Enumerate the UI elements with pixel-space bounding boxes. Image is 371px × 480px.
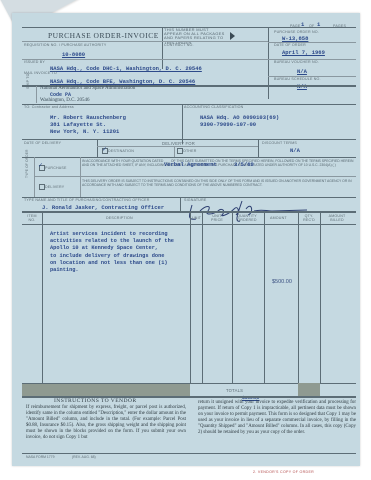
column-divider xyxy=(42,211,43,383)
divider xyxy=(258,139,259,157)
other-label: OTHER xyxy=(183,149,197,153)
ship-to-line: National Aeronautics and Space Administr… xyxy=(40,86,135,91)
divider xyxy=(22,453,356,454)
discount-terms: N/A xyxy=(290,147,300,154)
totals-shaded-area xyxy=(22,383,190,396)
divider xyxy=(34,176,356,177)
mail-invoice-to: NASA Hdq., Code BFE, Washington, D. C. 2… xyxy=(50,78,195,85)
column-divider xyxy=(202,211,203,383)
divider xyxy=(22,211,356,213)
item-description: Artist services incident to recording ac… xyxy=(50,231,174,274)
totals-shaded-area xyxy=(298,383,320,396)
requisition-number: 10-8080 xyxy=(62,51,85,58)
divider xyxy=(268,27,269,99)
column-header-description: DESCRIPTION xyxy=(106,216,133,220)
divider xyxy=(174,146,175,157)
accounting-line1: NASA Hdq. AO 8090103(69) xyxy=(200,114,279,121)
issued-by: NASA Hdq., Code DHC-1, Washington, D. C.… xyxy=(50,65,202,72)
column-header-amount-billed: AMOUNT BILLED xyxy=(322,214,352,222)
bureau-schedule-label: BUREAU SCHEDULE NO. xyxy=(274,77,321,81)
divider xyxy=(22,27,356,28)
date-of-delivery-label: DATE OF DELIVERY xyxy=(24,141,61,145)
requisition-label: REQUISITION NO. / PURCHASE AUTHORITY xyxy=(24,43,106,47)
divider xyxy=(97,146,258,147)
column-header-qty-recd: QTY. REC'D xyxy=(300,214,318,222)
divider xyxy=(36,86,37,103)
discount-terms-label: DISCOUNT TERMS xyxy=(262,141,297,145)
instructions-right-column: return it unsigned with your invoice to … xyxy=(198,400,356,436)
ship-to-line: Washington, D.C. 20546 xyxy=(40,98,89,103)
divider xyxy=(34,157,35,197)
divider xyxy=(22,139,356,140)
bureau-voucher: N/A xyxy=(297,68,307,75)
item-amount: $500.00 xyxy=(272,279,292,285)
issued-by-label: ISSUED BY xyxy=(24,60,45,64)
column-header-item-no: ITEM NO. xyxy=(25,214,39,222)
vendor-copy-label: 2. VENDOR'S COPY OF ORDER xyxy=(253,470,314,474)
ship-to-label: SHIP TO xyxy=(26,73,30,89)
contracting-officer-label: TYPE NAME AND TITLE OF PURCHASING/CONTRA… xyxy=(24,198,150,202)
contractor-address-label: TO: Contractor and Address xyxy=(24,105,74,109)
vendor-name: Mr. Robert Rauschenberg xyxy=(50,114,126,121)
form-title: PURCHASE ORDER-INVOICE xyxy=(48,31,159,40)
divider xyxy=(180,197,181,211)
destination-label: DESTINATION xyxy=(108,149,134,153)
date-of-order-label: DATE OF ORDER xyxy=(274,43,306,47)
divider xyxy=(97,139,98,157)
checkmark-icon: ✓ xyxy=(38,162,43,169)
column-header-quantity: QUANTITY ORDERED xyxy=(234,214,260,222)
form-revision: (REV. AUG. 68) xyxy=(72,455,96,459)
accounting-classification-label: ACCOUNTING CLASSIFICATION xyxy=(184,105,243,109)
column-divider xyxy=(190,211,191,383)
purchase-terms-text: IN ACCORDANCE WITH YOUR QUOTATION DATED … xyxy=(82,159,354,167)
delivery-terms-text: THIS DELIVERY ORDER IS SUBJECT TO INSTRU… xyxy=(82,179,354,187)
purchase-order-number: W-13,858 xyxy=(282,35,308,42)
purchase-order-form: PURCHASE ORDER-INVOICE THIS NUMBER MUST … xyxy=(12,13,360,466)
bureau-voucher-label: BUREAU VOUCHER NO. xyxy=(274,60,319,64)
contract-label: CONTRACT NO. xyxy=(164,43,194,47)
vendor-address-line1: 381 Lafayette St. xyxy=(50,121,106,128)
divider xyxy=(22,41,268,42)
column-divider xyxy=(320,211,321,383)
contracting-officer-name: J. Ronald Jasker, Contracting Officer xyxy=(42,204,164,211)
instructions-title: INSTRUCTIONS TO VENDOR xyxy=(54,398,136,404)
arrow-pointer-icon xyxy=(230,32,235,40)
column-divider xyxy=(264,211,265,383)
divider xyxy=(162,27,163,69)
divider xyxy=(80,157,81,197)
vendor-address-line2: New York, N. Y. 11201 xyxy=(50,128,119,135)
totals-label: TOTALS xyxy=(226,388,243,393)
delivery-label: DELIVERY xyxy=(45,185,64,189)
purchase-order-label: PURCHASE ORDER NO. xyxy=(274,30,319,34)
type-of-order-label: TYPE OF ORDER xyxy=(25,149,29,178)
divider xyxy=(182,104,183,144)
quotation-reference: Verbal Agreement xyxy=(164,161,217,168)
purchase-label: PURCHASE xyxy=(45,166,67,170)
column-divider xyxy=(232,211,233,383)
column-header-unit: UNIT xyxy=(192,216,201,220)
column-header-unit-price: UNIT PRICE xyxy=(206,214,228,222)
divider xyxy=(22,157,356,158)
column-header-amount: AMOUNT xyxy=(270,216,287,220)
form-number: NASA FORM 1779 xyxy=(26,455,54,459)
divider xyxy=(22,224,356,225)
checkmark-icon: ✓ xyxy=(102,146,107,153)
accounting-line2: 9300-79090-107-00 xyxy=(200,121,256,128)
date-of-order: April 7, 1969 xyxy=(282,49,325,56)
column-divider xyxy=(298,211,299,383)
instructions-left-column: If reimbursement for shipment by express… xyxy=(26,405,186,441)
quotation-date: 3/5/69 xyxy=(234,161,254,168)
